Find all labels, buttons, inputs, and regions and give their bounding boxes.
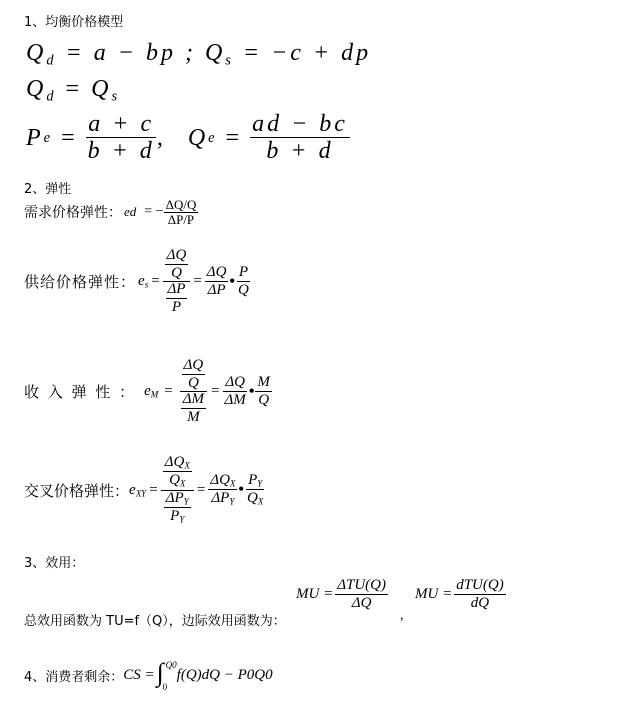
cross-elasticity-label: 交叉价格弹性： — [24, 480, 129, 501]
denominator: Q — [256, 392, 271, 409]
income-elasticity-row: 收 入 弹 性 ： eM = ΔQQ ΔMM = ΔQ ΔM • M Q — [24, 358, 272, 426]
ed-symbol: ed — [124, 204, 136, 220]
integral: ∫ Q0 0 — [157, 660, 177, 690]
q: Q — [169, 472, 180, 488]
q: Q — [169, 265, 184, 282]
supply-elasticity-row: 供给价格弹性： es = ΔQQ ΔPP = ΔQ ΔP • P Q — [24, 248, 251, 316]
section-4-heading: 4、消费者剩余： — [24, 666, 123, 685]
pe-sub: e — [44, 130, 53, 147]
sub-y: Y — [184, 496, 189, 506]
section-2-heading: 2、弹性 — [24, 178, 71, 197]
em-symbol: e — [144, 383, 151, 399]
cs-body: f(Q)dQ − P0Q0 — [177, 667, 273, 684]
qe-numerator: ad − bc — [250, 112, 350, 138]
qs-symbol: Q — [205, 40, 225, 66]
income-compound-fraction: ΔQQ ΔMM — [179, 358, 208, 426]
equation-supply-demand: Qd = a − bp ; Qs = −c + dp — [26, 40, 371, 69]
supply-compound-fraction: ΔQQ ΔPP — [163, 248, 191, 316]
equals-sign: = — [226, 125, 243, 152]
qe-fraction: ad − bc b + d — [250, 112, 350, 165]
numerator: ΔQ — [223, 375, 247, 392]
equals-sign: = — [193, 273, 201, 290]
consumer-surplus-row: 4、消费者剩余： CS = ∫ Q0 0 f(Q)dQ − P0Q0 — [24, 660, 273, 690]
multiply-dot: • — [238, 481, 244, 499]
sub-y: Y — [229, 497, 234, 507]
mu-lhs: MU = — [296, 586, 333, 603]
em-sub: M — [151, 390, 159, 400]
supply-fraction-2: P Q — [236, 265, 251, 298]
demand-numerator: ΔQ/Q — [164, 198, 199, 213]
section-3-heading: 3、效用： — [24, 552, 84, 571]
qd-sub: d — [46, 52, 56, 68]
denominator: ΔM — [223, 392, 248, 409]
denominator: Q — [236, 282, 251, 299]
income-fraction-2: M Q — [255, 375, 272, 408]
numerator: M — [255, 375, 272, 392]
qe-sub: e — [208, 130, 217, 147]
cross-compound-fraction: ΔQX QX ΔPY PY — [161, 455, 194, 525]
q: Q — [186, 375, 201, 392]
demand-fraction: ΔQ/Q ΔP/P — [164, 198, 199, 227]
mu-lhs: MU = — [415, 586, 452, 603]
numerator: P — [237, 265, 250, 282]
equals-sign: = — [149, 482, 157, 499]
delta-q: ΔQ — [165, 454, 185, 470]
qd-symbol: Q — [26, 40, 46, 66]
qe-symbol: Q — [188, 125, 208, 152]
upper-limit: Q0 — [166, 660, 177, 670]
pe-symbol: P — [26, 125, 44, 152]
es-symbol: e — [138, 273, 145, 289]
cross-fraction-2: PY QX — [245, 473, 265, 508]
income-elasticity-label: 收 入 弹 性 ： — [24, 381, 136, 402]
multiply-dot: • — [229, 273, 235, 291]
delta-p: ΔP — [166, 282, 188, 299]
demand-denominator: ΔP/P — [166, 213, 196, 227]
equation-equilibrium-solution: Pe = a + c b + d , Qe = ad − bc b + d — [26, 112, 350, 165]
equals-minus: = − — [144, 204, 163, 220]
sub-x: X — [230, 479, 236, 489]
sub-y: Y — [179, 515, 184, 525]
denominator: ΔQ — [350, 595, 374, 612]
sub-y: Y — [257, 479, 262, 489]
sub-x: X — [184, 461, 190, 471]
comma: , — [157, 125, 166, 152]
qd-sub: d — [46, 88, 56, 104]
equals-sign: = — [197, 482, 205, 499]
es-sub: s — [145, 280, 149, 290]
pe-denominator: b + d — [86, 138, 157, 164]
supply-rhs: = −c + dp — [243, 40, 371, 66]
mu-discrete-fraction: ΔTU(Q) ΔQ — [335, 578, 388, 611]
p: P — [170, 299, 183, 316]
pe-fraction: a + c b + d — [86, 112, 157, 165]
multiply-dot: • — [249, 383, 255, 401]
demand-rhs: = a − bp ; — [66, 40, 205, 66]
lower-limit: 0 — [163, 682, 168, 692]
demand-elasticity-label: 需求价格弹性： — [24, 202, 122, 222]
cs-lhs: CS = — [123, 667, 154, 684]
marginal-utility-derivative: MU = dTU(Q) dQ — [415, 578, 506, 611]
exy-sub: XY — [136, 488, 147, 498]
denominator: dQ — [469, 595, 491, 612]
supply-elasticity-label: 供给价格弹性： — [24, 271, 136, 292]
income-fraction-1: ΔQ ΔM — [223, 375, 248, 408]
equals-sign: = — [61, 125, 78, 152]
delta-q: ΔQ — [210, 472, 230, 488]
delta-q: ΔQ — [165, 248, 189, 265]
delta-m: ΔM — [181, 392, 206, 409]
denominator: ΔP — [206, 282, 228, 299]
numerator: ΔTU(Q) — [335, 578, 388, 595]
utility-description: 总效用函数为 TU=f（Q），边际效用函数为： — [24, 610, 286, 629]
p: P — [248, 472, 257, 488]
comma-separator: , — [400, 608, 404, 624]
numerator: dTU(Q) — [454, 578, 506, 595]
equals-sign: = — [151, 273, 159, 290]
equation-equilibrium: Qd = Qs — [26, 76, 120, 105]
numerator: ΔQ — [205, 265, 229, 282]
m: M — [185, 409, 202, 426]
supply-fraction-1: ΔQ ΔP — [205, 265, 229, 298]
equals-sign: = — [66, 76, 83, 102]
demand-elasticity-row: 需求价格弹性： ed = − ΔQ/Q ΔP/P — [24, 198, 198, 227]
sub-x: X — [180, 479, 186, 489]
cross-elasticity-row: 交叉价格弹性： eXY = ΔQX QX ΔPY PY = ΔQX ΔPY • … — [24, 455, 265, 525]
exy-symbol: e — [129, 482, 136, 498]
delta-q: ΔQ — [182, 358, 206, 375]
mu-derivative-fraction: dTU(Q) dQ — [454, 578, 506, 611]
p: P — [170, 508, 179, 524]
sub-x: X — [258, 497, 264, 507]
qs-symbol: Q — [91, 76, 111, 102]
q: Q — [247, 490, 258, 506]
delta-p: ΔP — [166, 490, 184, 506]
cross-fraction-1: ΔQX ΔPY — [208, 473, 237, 508]
marginal-utility-discrete: MU = ΔTU(Q) ΔQ — [296, 578, 388, 611]
pe-numerator: a + c — [86, 112, 156, 138]
delta-p: ΔP — [211, 490, 229, 506]
qs-sub: s — [111, 88, 120, 104]
qe-denominator: b + d — [264, 138, 335, 164]
equals-sign: = — [164, 383, 172, 400]
qd-symbol: Q — [26, 76, 46, 102]
section-1-heading: 1、均衡价格模型 — [24, 11, 123, 30]
equals-sign: = — [211, 383, 219, 400]
qs-sub: s — [225, 52, 234, 68]
